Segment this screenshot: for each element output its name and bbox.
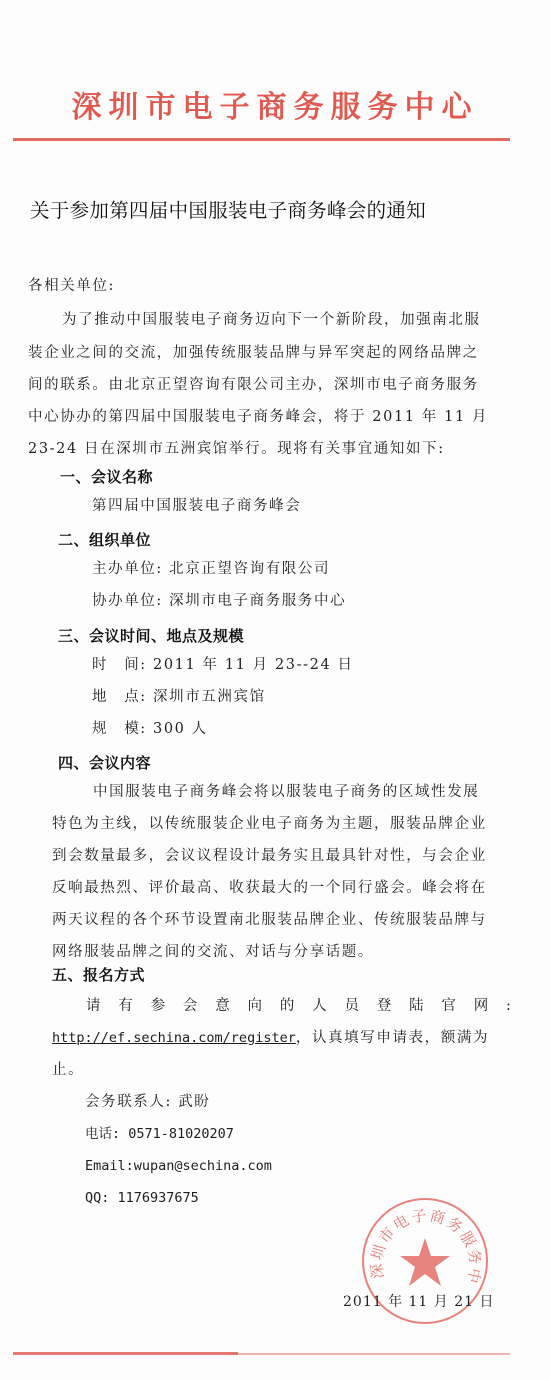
section-line: 协办单位: 深圳市电子商务服务中心 [92,593,346,609]
section-line: 地 点: 深圳市五洲宾馆 [92,689,266,705]
section-line: 规 模: 300 人 [92,721,208,737]
contact-qq: QQ: 1176937675 [85,1190,199,1206]
section-line: 请 有 参 会 意 向 的 人 员 登 陆 官 网 : [86,998,518,1014]
salutation: 各相关单位: [28,278,115,294]
letterhead-rule [13,138,510,141]
section-line: 两天议程的各个环节设置南北服装品牌企业、传统服装品牌与 [52,912,487,928]
section-line: 中国服装电子商务峰会将以服装电子商务的区域性发展 [93,784,479,800]
section-line: 网络服装品牌之间的交流、对话与分享话题。 [52,944,374,960]
contact-qq-text: QQ: 1176937675 [85,1190,199,1206]
intro-line: 中心协办的第四届中国服装电子商务峰会，将于 2011 年 11 月 [28,409,488,425]
contact-phone: 电话: 0571-81020207 [85,1126,234,1142]
registration-line: http://ef.sechina.com/register，认真填写申请表，额… [52,1030,489,1046]
section-line: 时 间: 2011 年 11 月 23--24 日 [92,657,354,673]
intro-line: 为了推动中国服装电子商务迈向下一个新阶段，加强南北服 [62,312,481,328]
contact-phone-text: 电话: 0571-81020207 [85,1126,234,1142]
section-line: 主办单位: 北京正望咨询有限公司 [92,561,330,577]
registration-link[interactable]: http://ef.sechina.com/register [52,1030,296,1046]
contact-email: Email:wupan@sechina.com [85,1158,272,1174]
intro-line: 间的联系。由北京正望咨询有限公司主办，深圳市电子商务服务 [28,377,479,393]
section-heading: 三、会议时间、地点及规模 [58,625,244,646]
document-title: 关于参加第四届中国服装电子商务峰会的通知 [30,195,426,223]
section-heading: 一、会议名称 [60,466,153,487]
document-date: 2011 年 11 月 21 日 [343,1291,495,1311]
registration-text: ，认真填写申请表，额满为 [296,1030,489,1046]
section-line: 反响最热烈、评价最高、收获最大的一个同行盛会。峰会将在 [52,880,487,896]
section-line: 特色为主线，以传统服装企业电子商务为主题，服装品牌企业 [52,816,487,832]
letterhead-title: 深圳市电子商务服务中心 [0,82,550,126]
section-heading: 五、报名方式 [52,964,145,985]
footer-rule [13,1352,238,1355]
footer-rule-faint [230,1353,510,1355]
section-heading: 四、会议内容 [58,752,151,773]
contact-person: 会务联系人: 武盼 [85,1094,210,1110]
intro-line: 装企业之间的交流，加强传统服装品牌与异军突起的网络品牌之 [28,345,479,361]
section-heading: 二、组织单位 [58,529,151,550]
intro-line: 23-24 日在深圳市五洲宾馆举行。现将有关事宜通知如下: [28,441,445,457]
section-line: 第四届中国服装电子商务峰会 [92,498,301,514]
section-line: 止。 [52,1062,84,1078]
contact-email-text: Email:wupan@sechina.com [85,1158,272,1174]
section-line: 到会数量最多，会议议程设计最务实且最具针对性，与会企业 [52,848,487,864]
